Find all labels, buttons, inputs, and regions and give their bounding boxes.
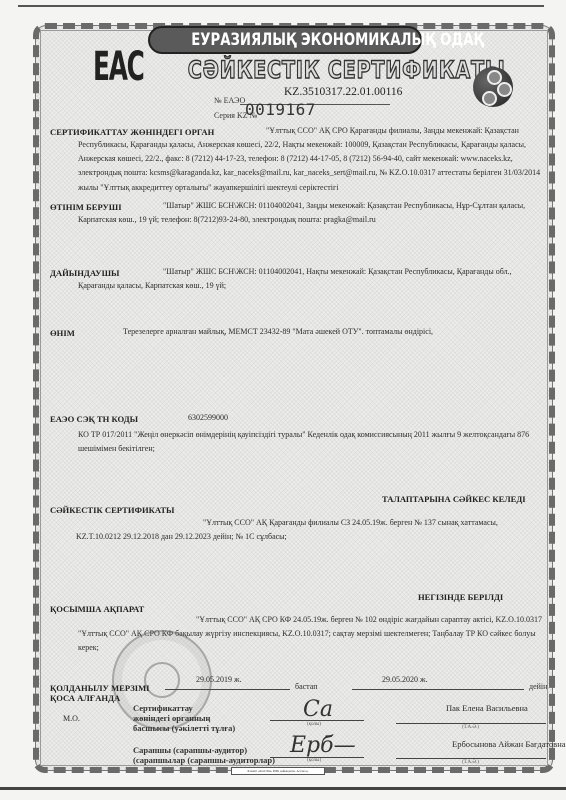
union-title: ЕУРАЗИЯЛЫҚ ЭКОНОМИКАЛЫҚ ОДАҚ xyxy=(191,28,484,52)
head-signature-caption: (қолы) xyxy=(307,722,321,727)
head-name-caption: (Т.А.Ә.) xyxy=(462,725,479,730)
product-heading: ӨНІМ xyxy=(50,328,75,338)
manufacturer-text: Қарағанды қаласы, Карпатская көш., 19 үй… xyxy=(78,279,558,293)
validity-heading-2: ҚОСА АЛҒАНДА xyxy=(50,693,120,703)
eaeo-number: KZ.3510317.22.01.00116 xyxy=(284,86,402,98)
conformity-heading: СӘЙКЕСТІК СЕРТИФИКАТЫ xyxy=(50,505,175,515)
valid-from-date: 29.05.2019 ж. xyxy=(196,673,242,687)
applicant-line1: "Шатыр" ЖШС БСН\ЖСН: 01104002041, Заңды … xyxy=(163,199,563,213)
valid-from-label: бастап xyxy=(295,680,318,694)
bottom-scan-edge xyxy=(0,787,566,790)
head-label-1: Сертификаттау xyxy=(133,703,193,713)
additional-right-heading: НЕГІЗІНДЕ БЕРІЛДІ xyxy=(418,592,503,602)
tnved-code-value: 6302599000 xyxy=(188,411,228,425)
union-title-banner: ЕУРАЗИЯЛЫҚ ЭКОНОМИКАЛЫҚ ОДАҚ xyxy=(148,26,422,54)
expert-label-2: (сарапшылар (сарапшы-аудиторлар) xyxy=(133,755,275,765)
hologram-seal-icon xyxy=(473,67,513,107)
expert-signature-caption: (қолы) xyxy=(307,758,321,763)
head-name: Пак Елена Васильевна xyxy=(446,703,528,713)
expert-name: Ербосынова Айжан Бағдатовна xyxy=(452,739,566,749)
mo-label: М.О. xyxy=(63,712,80,726)
head-name-line xyxy=(396,723,546,724)
valid-to-label: дейін xyxy=(529,680,547,694)
valid-from-line xyxy=(165,689,290,690)
conformity-text: KZ.T.10.0212 29.12.2018 дан 29.12.2023 д… xyxy=(76,530,556,544)
conformity-line1: "Ұлттық ССО" АҚ Қарағанды филиалы СЗ 24.… xyxy=(203,516,558,530)
technical-regulation-text: КО ТР 017/2011 "Жеңіл өнеркәсіп өнімдері… xyxy=(78,428,556,458)
valid-to-date: 29.05.2020 ж. xyxy=(382,673,428,687)
manufacturer-line1: "Шатыр" ЖШС БСН\ЖСН: 01104002041, Нақты … xyxy=(163,265,563,279)
expert-signature: Еpб̄— xyxy=(290,733,356,758)
head-signature: Ca xyxy=(303,697,333,722)
certificate-title-text: СӘЙКЕСТІК СЕРТИФИКАТЫ xyxy=(188,56,506,84)
validity-heading-1: ҚОЛДАНЫЛУ МЕРЗІМІ xyxy=(50,683,150,693)
certification-body-line1: "Ұлттық ССО" АҚ СРО Қарағанды филиалы, З… xyxy=(266,124,566,138)
head-label-2: жөніндегі органның xyxy=(133,713,210,723)
expert-name-line xyxy=(396,758,546,759)
top-scan-edge xyxy=(18,5,544,7)
certification-body-heading: СЕРТИФИКАТТАУ ЖӨНІНДЕГІ ОРГАН xyxy=(50,127,214,137)
expert-name-caption: (Т.А.Ә.) xyxy=(462,760,479,765)
applicant-text: Карпатская көш., 19 үй; телефон: 8(7212)… xyxy=(78,213,558,227)
conformity-right-heading: ТАЛАПТАРЫНА СӘЙКЕС КЕЛЕДІ xyxy=(382,494,526,504)
certificate-title: СӘЙКЕСТІК СЕРТИФИКАТЫ xyxy=(148,56,438,84)
product-text: Терезелерге арналған майлық, МЕМСТ 23432… xyxy=(123,325,553,339)
tnved-code-heading: ЕАЭО СЭҚ ТН КОДЫ xyxy=(50,414,138,424)
printer-imprint: Бланкті «КазСтБи» РМК дайындаған, Астана… xyxy=(231,767,325,775)
series-number: 0019167 xyxy=(245,100,316,119)
additional-line1: "Ұлттық ССО" АҚ СРО КФ 24.05.19ж. берген… xyxy=(196,613,558,627)
manufacturer-heading: ДАЙЫНДАУШЫ xyxy=(50,268,119,278)
additional-info-heading: ҚОСЫМША АҚПАРАТ xyxy=(50,604,144,614)
valid-to-line xyxy=(352,689,524,690)
expert-label-1: Сарапшы (сарапшы-аудитор) xyxy=(133,745,247,755)
head-signature-line xyxy=(270,720,364,721)
applicant-heading: ӨТІНІМ БЕРУШІ xyxy=(50,202,122,212)
eac-mark: EAC xyxy=(93,44,144,90)
head-label-3: басшысы (уәкілетті тұлға) xyxy=(133,723,235,733)
